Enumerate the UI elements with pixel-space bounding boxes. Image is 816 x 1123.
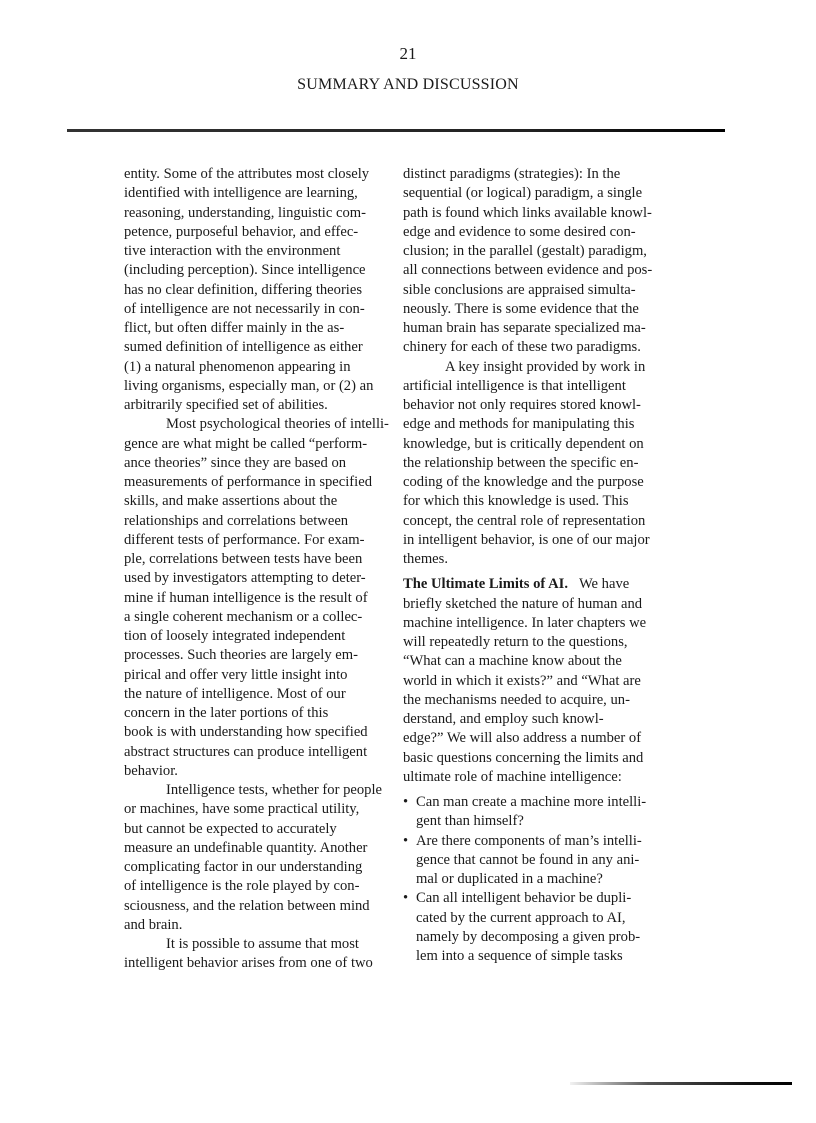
section-heading: The Ultimate Limits of AI. bbox=[403, 576, 568, 592]
text-line: derstand, and employ such knowl- bbox=[403, 710, 688, 729]
text-line: the mechanisms needed to acquire, un- bbox=[403, 691, 688, 710]
text-line: sumed definition of intelligence as eith… bbox=[124, 338, 402, 357]
text-line: behavior. bbox=[124, 762, 402, 781]
text-line: gence that cannot be found in any ani- bbox=[416, 851, 688, 870]
text-line: tive interaction with the environment bbox=[124, 242, 402, 261]
text-line: tion of loosely integrated independent bbox=[124, 627, 402, 646]
list-item: Can man create a machine more intelli- g… bbox=[403, 793, 688, 832]
text-line: lem into a sequence of simple tasks bbox=[416, 947, 688, 966]
paragraph-paradigms-continued: distinct paradigms (strategies): In the … bbox=[403, 165, 688, 358]
text-line: It is possible to assume that most bbox=[124, 935, 402, 954]
text-line: A key insight provided by work in bbox=[403, 358, 688, 377]
text-line: basic questions concerning the limits an… bbox=[403, 749, 688, 768]
text-line: ance theories” since they are based on bbox=[124, 454, 402, 473]
text-line: book is with understanding how specified bbox=[124, 723, 402, 742]
text-line: flict, but often differ mainly in the as… bbox=[124, 319, 402, 338]
text-line: sequential (or logical) paradigm, a sing… bbox=[403, 184, 688, 203]
text-line: sible conclusions are appraised simulta- bbox=[403, 281, 688, 300]
text-line: edge and evidence to some desired con- bbox=[403, 223, 688, 242]
text-line: cated by the current approach to AI, bbox=[416, 909, 688, 928]
text-line: distinct paradigms (strategies): In the bbox=[403, 165, 688, 184]
text-line: of intelligence are not necessarily in c… bbox=[124, 300, 402, 319]
text-line: Intelligence tests, whether for people bbox=[124, 781, 402, 800]
text-line: entity. Some of the attributes most clos… bbox=[124, 165, 402, 184]
text-line: for which this knowledge is used. This bbox=[403, 492, 688, 511]
text-line: clusion; in the parallel (gestalt) parad… bbox=[403, 242, 688, 261]
text-line: or machines, have some practical utility… bbox=[124, 800, 402, 819]
text-line: Can man create a machine more intelli- bbox=[416, 793, 688, 812]
text-line: gence are what might be called “perform- bbox=[124, 435, 402, 454]
text-line: knowledge, but is critically dependent o… bbox=[403, 435, 688, 454]
text-line: mal or duplicated in a machine? bbox=[416, 870, 688, 889]
text-line: mine if human intelligence is the result… bbox=[124, 589, 402, 608]
paragraph-key-insight: A key insight provided by work in artifi… bbox=[403, 358, 688, 570]
text-line: relationships and correlations between bbox=[124, 512, 402, 531]
text-line: pirical and offer very little insight in… bbox=[124, 666, 402, 685]
text-line: world in which it exists?” and “What are bbox=[403, 672, 688, 691]
text-line: will repeatedly return to the questions, bbox=[403, 633, 688, 652]
text-line: intelligent behavior arises from one of … bbox=[124, 954, 402, 973]
text-line: concern in the later portions of this bbox=[124, 704, 402, 723]
paragraph-performance-theories: Most psychological theories of intelli- … bbox=[124, 415, 402, 781]
text-line: path is found which links available know… bbox=[403, 204, 688, 223]
list-item: Can all intelligent behavior be dupli- c… bbox=[403, 889, 688, 966]
paragraph-continued: entity. Some of the attributes most clos… bbox=[124, 165, 402, 415]
text-line: used by investigators attempting to dete… bbox=[124, 569, 402, 588]
text-line: (1) a natural phenomenon appearing in bbox=[124, 358, 402, 377]
text-line: neously. There is some evidence that the bbox=[403, 300, 688, 319]
text-line: abstract structures can produce intellig… bbox=[124, 743, 402, 762]
text-line: arbitrarily specified set of abilities. bbox=[124, 396, 402, 415]
text-line: reasoning, understanding, linguistic com… bbox=[124, 204, 402, 223]
text-line: complicating factor in our understanding bbox=[124, 858, 402, 877]
text-line: processes. Such theories are largely em- bbox=[124, 646, 402, 665]
left-column: entity. Some of the attributes most clos… bbox=[124, 165, 402, 974]
questions-list: Can man create a machine more intelli- g… bbox=[403, 793, 688, 966]
footer-rule bbox=[570, 1082, 792, 1085]
text-line: sciousness, and the relation between min… bbox=[124, 897, 402, 916]
text-line: the nature of intelligence. Most of our bbox=[124, 685, 402, 704]
text-line: chinery for each of these two paradigms. bbox=[403, 338, 688, 357]
text-line: Can all intelligent behavior be dupli- bbox=[416, 889, 688, 908]
text-line: behavior not only requires stored knowl- bbox=[403, 396, 688, 415]
text-line: of intelligence is the role played by co… bbox=[124, 877, 402, 896]
text-line: coding of the knowledge and the purpose bbox=[403, 473, 688, 492]
section-ultimate-limits: The Ultimate Limits of AI. We have brief… bbox=[403, 575, 688, 787]
text-line: living organisms, especially man, or (2)… bbox=[124, 377, 402, 396]
text-line: “What can a machine know about the bbox=[403, 652, 688, 671]
text-line: in intelligent behavior, is one of our m… bbox=[403, 531, 688, 550]
paragraph-two-paradigms: It is possible to assume that most intel… bbox=[124, 935, 402, 974]
text-line: concept, the central role of representat… bbox=[403, 512, 688, 531]
text-line: measure an undefinable quantity. Another bbox=[124, 839, 402, 858]
paragraph-intelligence-tests: Intelligence tests, whether for people o… bbox=[124, 781, 402, 935]
text-line: machine intelligence. In later chapters … bbox=[403, 614, 688, 633]
text-line: the relationship between the specific en… bbox=[403, 454, 688, 473]
text-line: gent than himself? bbox=[416, 812, 688, 831]
right-column: distinct paradigms (strategies): In the … bbox=[403, 165, 688, 966]
text-line: measurements of performance in specified bbox=[124, 473, 402, 492]
text-line: different tests of performance. For exam… bbox=[124, 531, 402, 550]
text-line: edge?” We will also address a number of bbox=[403, 729, 688, 748]
text-line: Are there components of man’s intelli- bbox=[416, 832, 688, 851]
text-line: and brain. bbox=[124, 916, 402, 935]
text-line: ultimate role of machine intelligence: bbox=[403, 768, 688, 787]
text-line: edge and methods for manipulating this bbox=[403, 415, 688, 434]
text-line: briefly sketched the nature of human and bbox=[403, 595, 688, 614]
list-item: Are there components of man’s intelli- g… bbox=[403, 832, 688, 890]
text-line: a single coherent mechanism or a collec- bbox=[124, 608, 402, 627]
text-line: (including perception). Since intelligen… bbox=[124, 261, 402, 280]
running-head: SUMMARY AND DISCUSSION bbox=[0, 76, 816, 94]
text-line: skills, and make assertions about the bbox=[124, 492, 402, 511]
text-line: We have bbox=[579, 576, 629, 592]
header-rule bbox=[67, 129, 725, 132]
text-line: identified with intelligence are learnin… bbox=[124, 184, 402, 203]
text-line: themes. bbox=[403, 550, 688, 569]
text-line: human brain has separate specialized ma- bbox=[403, 319, 688, 338]
text-line: ple, correlations between tests have bee… bbox=[124, 550, 402, 569]
page-number: 21 bbox=[0, 44, 816, 64]
text-line: artificial intelligence is that intellig… bbox=[403, 377, 688, 396]
text-line: but cannot be expected to accurately bbox=[124, 820, 402, 839]
text-line: petence, purposeful behavior, and effec- bbox=[124, 223, 402, 242]
text-line: has no clear definition, differing theor… bbox=[124, 281, 402, 300]
text-line: Most psychological theories of intelli- bbox=[124, 415, 402, 434]
text-line: namely by decomposing a given prob- bbox=[416, 928, 688, 947]
text-line: all connections between evidence and pos… bbox=[403, 261, 688, 280]
